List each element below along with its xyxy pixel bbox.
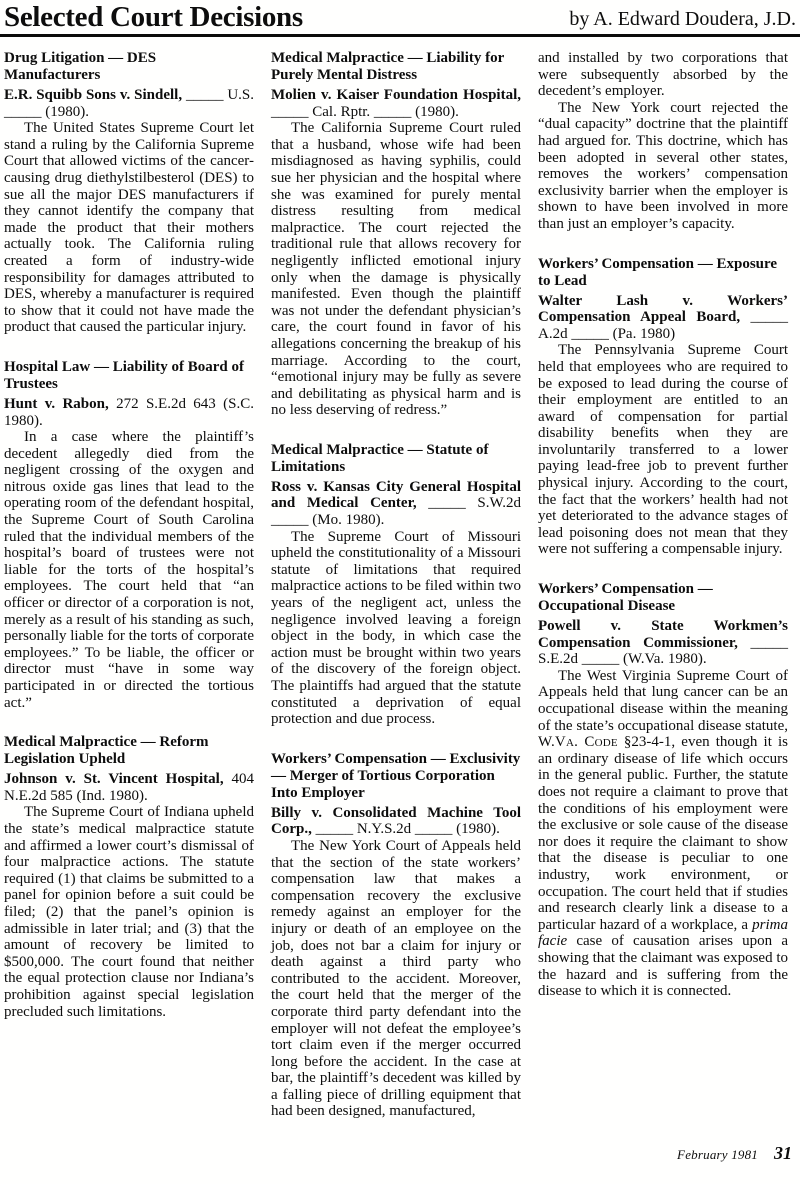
case-name: E.R. Squibb Sons v. Sindell, [4, 87, 182, 103]
case-heading: Medical Malpractice — Statute of Limitat… [271, 442, 521, 476]
issue-date: February 1981 [677, 1147, 758, 1163]
case-section: Workers’ Compensation — Exclusivity — Me… [271, 751, 521, 1120]
case-name: Hunt v. Rabon, [4, 396, 109, 412]
text-run: _____ N.Y.S.2d _____ (1980). [312, 821, 500, 837]
case-citation: Hunt v. Rabon, 272 S.E.2d 643 (S.C. 1980… [4, 396, 254, 429]
paragraph: The West Virginia Supreme Court of Appea… [538, 668, 788, 1000]
text-run: The West Virginia Supreme Court of Appea… [538, 668, 788, 734]
case-name: Johnson v. St. Vincent Hospital, [4, 771, 224, 787]
column-3: and installed by two corporations that w… [538, 50, 788, 1120]
text-run: The Supreme Court of Missouri upheld the… [271, 529, 521, 728]
text-run: The California Supreme Court ruled that … [271, 120, 521, 418]
case-heading: Workers’ Compensation — Exclusivity — Me… [271, 751, 521, 802]
case-citation: Johnson v. St. Vincent Hospital, 404 N.E… [4, 771, 254, 804]
text-run: and installed by two corporations that w… [538, 50, 788, 99]
case-citation: Walter Lash v. Workers’ Compensation App… [538, 293, 788, 343]
case-section: Workers’ Compensation — Exposure to Lead… [538, 256, 788, 559]
text-run: The New York court rejected the “dual ca… [538, 100, 788, 232]
paragraph: The Supreme Court of Missouri upheld the… [271, 529, 521, 728]
case-citation: E.R. Squibb Sons v. Sindell, _____ U.S. … [4, 87, 254, 120]
paragraph: The Supreme Court of Indiana upheld the … [4, 804, 254, 1020]
byline: by A. Edward Doudera, J.D. [569, 7, 796, 32]
case-citation: Powell v. State Workmen’s Compensation C… [538, 618, 788, 668]
case-section: Workers’ Compensation — Occupational Dis… [538, 581, 788, 1000]
paragraph: The Pennsylvania Supreme Court held that… [538, 342, 788, 558]
article-columns: Drug Litigation — DES ManufacturersE.R. … [0, 37, 800, 1120]
page-number: 31 [774, 1143, 792, 1164]
case-section: and installed by two corporations that w… [538, 50, 788, 233]
case-citation: Ross v. Kansas City General Hospital and… [271, 479, 521, 529]
paragraph: The United States Supreme Court let stan… [4, 120, 254, 336]
case-section: Medical Malpractice — Liability for Pure… [271, 50, 521, 419]
case-citation: Molien v. Kaiser Foundation Hospital, __… [271, 87, 521, 120]
journal-page: Selected Court Decisions by A. Edward Do… [0, 0, 800, 1184]
text-run: §23-4-1, even though it is an ordinary d… [538, 734, 788, 933]
case-heading: Drug Litigation — DES Manufacturers [4, 50, 254, 84]
masthead: Selected Court Decisions by A. Edward Do… [0, 0, 800, 32]
paragraph: The New York Court of Appeals held that … [271, 838, 521, 1120]
case-heading: Medical Malpractice — Liability for Pure… [271, 50, 521, 84]
case-section: Drug Litigation — DES ManufacturersE.R. … [4, 50, 254, 336]
statute-cite: W.Va. Code [538, 734, 618, 750]
text-run: The New York Court of Appeals held that … [271, 838, 521, 1120]
case-section: Medical Malpractice — Statute of Limitat… [271, 442, 521, 728]
case-heading: Medical Malpractice — Reform Legislation… [4, 734, 254, 768]
case-name: Molien v. Kaiser Foundation Hospital, [271, 87, 521, 103]
text-run: case of causation arises upon a showing … [538, 933, 788, 999]
text-run: _____ Cal. Rptr. _____ (1980). [271, 104, 459, 120]
case-heading: Workers’ Compensation — Occupational Dis… [538, 581, 788, 615]
text-run: In a case where the plaintiff’s decedent… [4, 429, 254, 711]
case-citation: Billy v. Consolidated Machine Tool Corp.… [271, 805, 521, 838]
page-title: Selected Court Decisions [4, 2, 303, 32]
text-run: The Pennsylvania Supreme Court held that… [538, 342, 788, 557]
paragraph: The California Supreme Court ruled that … [271, 120, 521, 419]
case-section: Hospital Law — Liability of Board of Tru… [4, 359, 254, 711]
case-section: Medical Malpractice — Reform Legislation… [4, 734, 254, 1020]
column-1: Drug Litigation — DES ManufacturersE.R. … [4, 50, 254, 1120]
text-run: The United States Supreme Court let stan… [4, 120, 254, 335]
paragraph: and installed by two corporations that w… [538, 50, 788, 100]
page-footer: February 1981 31 [677, 1143, 792, 1164]
paragraph: In a case where the plaintiff’s decedent… [4, 429, 254, 711]
column-2: Medical Malpractice — Liability for Pure… [271, 50, 521, 1120]
paragraph: The New York court rejected the “dual ca… [538, 100, 788, 233]
text-run: The Supreme Court of Indiana upheld the … [4, 804, 254, 1019]
case-heading: Workers’ Compensation — Exposure to Lead [538, 256, 788, 290]
case-heading: Hospital Law — Liability of Board of Tru… [4, 359, 254, 393]
